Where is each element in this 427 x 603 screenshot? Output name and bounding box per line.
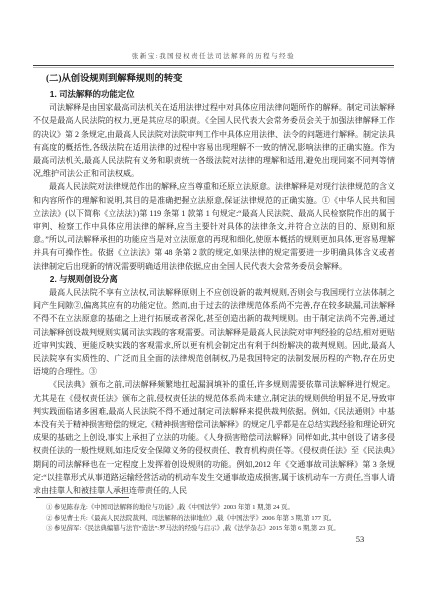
footnote-item: ① 参见陈春龙:《中国司法解释的地位与功能》,载《中国法学》2003 年第 1 …: [46, 503, 382, 514]
section-heading: (二)从创设规则到解释规则的转变: [33, 72, 395, 86]
subsection-heading-2: 2. 与规则创设分离: [33, 273, 395, 286]
footnote-item: ② 参见曹士兵:《最高人民法院裁判、司法解释的法律地位》,载《中国法学》2006…: [46, 514, 382, 525]
page-number: 53: [330, 534, 390, 544]
body-paragraph: 司法解释是由国家最高司法机关在适用法律过程中对具体应用法律问题所作的解释。制定司…: [33, 101, 395, 180]
document-page: 张新宝:我国侵权责任法司法解释的历程与经验 (二)从创设规则到解释规则的转变 1…: [0, 0, 427, 603]
footnotes: ① 参见陈春龙:《中国司法解释的地位与功能》,载《中国法学》2003 年第 1 …: [46, 503, 382, 535]
header-rule: [33, 65, 394, 68]
body-paragraph: 《民法典》颁布之前,司法解释频繁地扛起漏洞填补的重任,许多规则需要依靠司法解释进…: [33, 378, 395, 496]
article-body: (二)从创设规则到解释规则的转变 1. 司法解释的功能定位 司法解释是由国家最高…: [33, 72, 395, 496]
subsection-heading-1: 1. 司法解释的功能定位: [33, 88, 395, 101]
footnote-separator: [36, 497, 129, 498]
running-header: 张新宝:我国侵权责任法司法解释的历程与经验: [33, 51, 394, 60]
body-paragraph: 最高人民法院不享有立法权,司法解释原则上不应创设新的裁判规则,否则会与我国现行立…: [33, 286, 395, 378]
body-paragraph: 最高人民法院对法律规范作出的解释,应当尊重和还原立法原意。法律解释是对现行法律规…: [33, 180, 395, 272]
